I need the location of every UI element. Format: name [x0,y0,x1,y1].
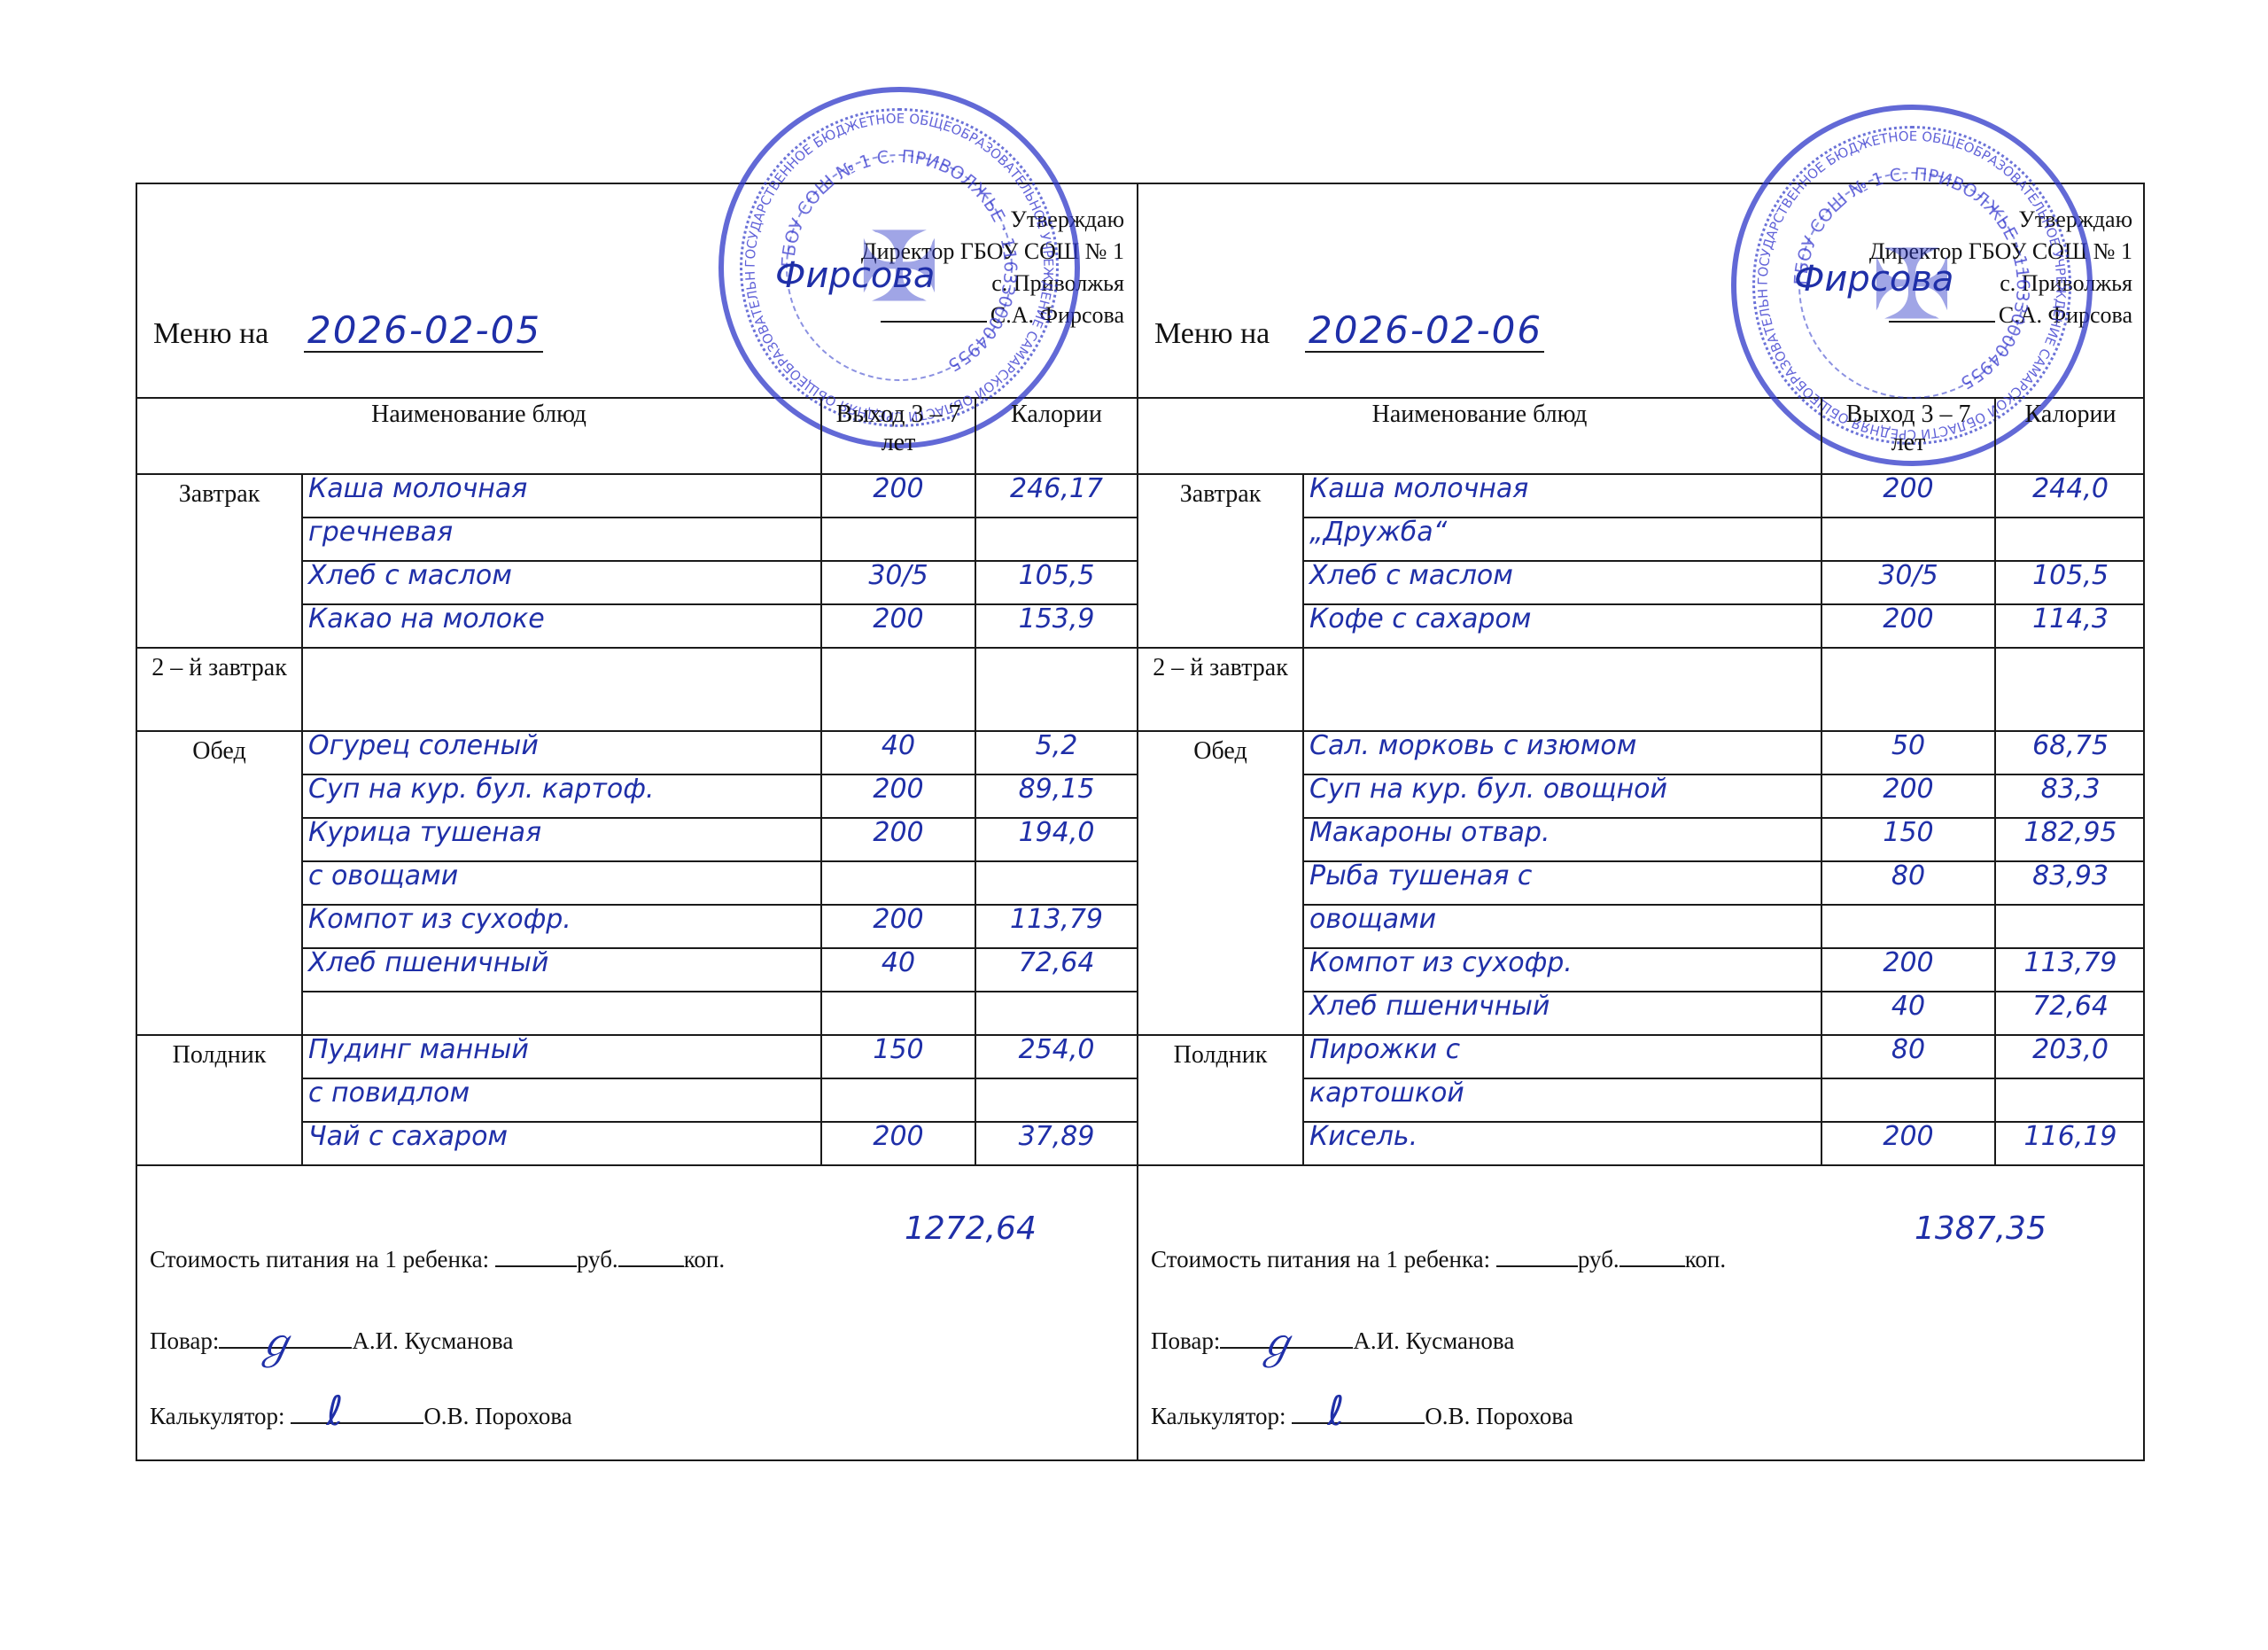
dish-yield: 200 [1821,1122,1995,1165]
dish-calories: 68,75 [1995,731,2145,774]
date-underline [1305,351,1544,353]
column-header-dish: Наименование блюд [137,397,821,474]
menu-header: Меню на 2026-02-06 Утверждаю Директор ГБ… [1138,184,2145,399]
table-row: ЗавтракКаша молочная200246,17 [137,474,1137,518]
dish-yield [821,648,975,731]
dish-name: Суп на кур. бул. овощной [1303,774,1821,818]
approval-title: Утверждаю [861,204,1124,236]
dish-calories [975,992,1137,1035]
dish-name: овощами [1303,905,1821,948]
dish-calories: 5,2 [975,731,1137,774]
dish-name: Хлеб с маслом [1303,561,1821,604]
menu-day-1: Меню на 2026-02-05 Утверждаю Директор ГБ… [137,184,1138,1459]
dish-name: Курица тушеная [302,818,821,861]
dish-calories: 37,89 [975,1122,1137,1165]
dish-yield: 200 [821,474,975,518]
table-row: ОбедОгурец соленый405,2 [137,731,1137,774]
cost-total: 1387,35 [1915,1210,2047,1247]
meal-category: Полдник [1138,1035,1303,1165]
dish-name: Каша молочная [1303,474,1821,518]
calculator-signature: ℓ [291,1422,423,1424]
dish-calories: 89,15 [975,774,1137,818]
director-signature-line [881,321,987,323]
dish-name: Каша молочная [302,474,821,518]
dish-calories: 254,0 [975,1035,1137,1078]
dish-name: Суп на кур. бул. картоф. [302,774,821,818]
menu-sheet: Меню на 2026-02-05 Утверждаю Директор ГБ… [136,183,2145,1461]
date-underline [304,351,543,353]
dish-yield: 30/5 [821,561,975,604]
dish-calories: 203,0 [1995,1035,2145,1078]
table-header-row: Наименование блюд Выход 3 – 7 лет Калори… [137,397,1137,474]
dish-name [1303,648,1821,731]
calculator-line: Калькулятор: ℓО.В. Порохова [150,1403,572,1430]
dish-name: Пудинг манный [302,1035,821,1078]
column-header-calories: Калории [1995,397,2145,474]
cook-signature: ℊ [219,1347,352,1349]
column-header-dish: Наименование блюд [1138,397,1821,474]
table-row: 2 – й завтрак [137,648,1137,731]
table-row: 2 – й завтрак [1138,648,2145,731]
meal-category: 2 – й завтрак [137,648,302,731]
dish-calories [1995,518,2145,561]
approval-name: С.А. Фирсова [990,302,1124,328]
cook-signature: ℊ [1220,1347,1353,1349]
dish-yield: 200 [1821,604,1995,648]
cook-line: Повар:ℊА.И. Кусманова [150,1327,513,1355]
dish-calories: 72,64 [1995,992,2145,1035]
dish-calories: 113,79 [975,905,1137,948]
dish-yield: 30/5 [1821,561,1995,604]
dish-name [302,648,821,731]
dish-yield: 200 [1821,948,1995,992]
dish-name: гречневая [302,518,821,561]
dish-name: Огурец соленый [302,731,821,774]
dish-name: Компот из сухофр. [1303,948,1821,992]
cost-total: 1272,64 [905,1210,1037,1247]
dish-calories: 113,79 [1995,948,2145,992]
dish-calories: 114,3 [1995,604,2145,648]
dish-yield: 150 [1821,818,1995,861]
director-signature-line [1889,321,1995,323]
dish-calories: 83,3 [1995,774,2145,818]
dish-calories [1995,648,2145,731]
table-row: ПолдникПирожки с80203,0 [1138,1035,2145,1078]
dish-yield: 200 [821,818,975,861]
dish-name: „Дружба“ [1303,518,1821,561]
dish-yield [1821,518,1995,561]
director-signature: Фирсова [1794,259,1953,300]
dish-yield [821,518,975,561]
menu-label: Меню на [1154,317,1270,351]
dish-name: Макароны отвар. [1303,818,1821,861]
dish-calories [975,1078,1137,1122]
dish-yield: 200 [821,604,975,648]
dish-yield [821,992,975,1035]
dish-name: Рыба тушеная с [1303,861,1821,905]
meal-category: 2 – й завтрак [1138,648,1303,731]
dish-yield [1821,1078,1995,1122]
dish-name: Кофе с сахаром [1303,604,1821,648]
dish-calories [975,518,1137,561]
menu-table: Наименование блюд Выход 3 – 7 лет Калори… [1138,397,2145,1166]
dish-yield: 200 [1821,474,1995,518]
meal-category: Обед [1138,731,1303,1035]
dish-yield: 200 [821,774,975,818]
dish-calories: 244,0 [1995,474,2145,518]
menu-table: Наименование блюд Выход 3 – 7 лет Калори… [137,397,1137,1166]
dish-calories [1995,1078,2145,1122]
table-row: ЗавтракКаша молочная200244,0 [1138,474,2145,518]
dish-name: Сал. морковь с изюмом [1303,731,1821,774]
dish-name: Пирожки с [1303,1035,1821,1078]
dish-yield: 200 [1821,774,1995,818]
dish-yield [1821,648,1995,731]
dish-calories [975,861,1137,905]
column-header-yield: Выход 3 – 7 лет [1821,397,1995,474]
calculator-signature: ℓ [1292,1422,1425,1424]
dish-yield: 40 [821,948,975,992]
table-row: ПолдникПудинг манный150254,0 [137,1035,1137,1078]
cost-line: Стоимость питания на 1 ребенка: руб.коп. [150,1246,725,1273]
menu-day-2: Меню на 2026-02-06 Утверждаю Директор ГБ… [1138,184,2145,1459]
dish-calories [975,648,1137,731]
director-signature: Фирсова [775,255,935,296]
dish-yield: 80 [1821,1035,1995,1078]
table-row: ОбедСал. морковь с изюмом5068,75 [1138,731,2145,774]
table-header-row: Наименование блюд Выход 3 – 7 лет Калори… [1138,397,2145,474]
dish-yield: 50 [1821,731,1995,774]
meal-category: Завтрак [137,474,302,648]
dish-name: Хлеб с маслом [302,561,821,604]
column-header-yield: Выход 3 – 7 лет [821,397,975,474]
dish-name: с повидлом [302,1078,821,1122]
dish-yield: 40 [821,731,975,774]
dish-calories: 83,93 [1995,861,2145,905]
approval-title: Утверждаю [1869,204,2132,236]
menu-label: Меню на [153,317,268,351]
cost-line: Стоимость питания на 1 ребенка: руб.коп. [1151,1246,1726,1273]
dish-name: Кисель. [1303,1122,1821,1165]
dish-yield [821,1078,975,1122]
dish-yield: 80 [1821,861,1995,905]
meal-category: Полдник [137,1035,302,1165]
dish-yield: 40 [1821,992,1995,1035]
dish-name: с овощами [302,861,821,905]
dish-yield [821,861,975,905]
calculator-line: Калькулятор: ℓО.В. Порохова [1151,1403,1573,1430]
dish-calories: 246,17 [975,474,1137,518]
approval-name: С.А. Фирсова [1999,302,2132,328]
cook-line: Повар:ℊА.И. Кусманова [1151,1327,1514,1355]
meal-category: Завтрак [1138,474,1303,648]
dish-name: Компот из сухофр. [302,905,821,948]
meal-category: Обед [137,731,302,1035]
dish-calories [1995,905,2145,948]
dish-calories: 182,95 [1995,818,2145,861]
dish-yield: 200 [821,1122,975,1165]
column-header-calories: Калории [975,397,1137,474]
menu-header: Меню на 2026-02-05 Утверждаю Директор ГБ… [137,184,1137,399]
dish-calories: 105,5 [975,561,1137,604]
dish-name: Хлеб пшеничный [302,948,821,992]
dish-yield [1821,905,1995,948]
dish-name [302,992,821,1035]
dish-name: Хлеб пшеничный [1303,992,1821,1035]
dish-yield: 150 [821,1035,975,1078]
dish-calories: 105,5 [1995,561,2145,604]
dish-name: Чай с сахаром [302,1122,821,1165]
menu-date: 2026-02-06 [1309,308,1542,352]
dish-calories: 153,9 [975,604,1137,648]
dish-calories: 72,64 [975,948,1137,992]
menu-date: 2026-02-05 [307,308,541,352]
dish-calories: 194,0 [975,818,1137,861]
dish-calories: 116,19 [1995,1122,2145,1165]
dish-name: картошкой [1303,1078,1821,1122]
dish-yield: 200 [821,905,975,948]
dish-name: Какао на молоке [302,604,821,648]
